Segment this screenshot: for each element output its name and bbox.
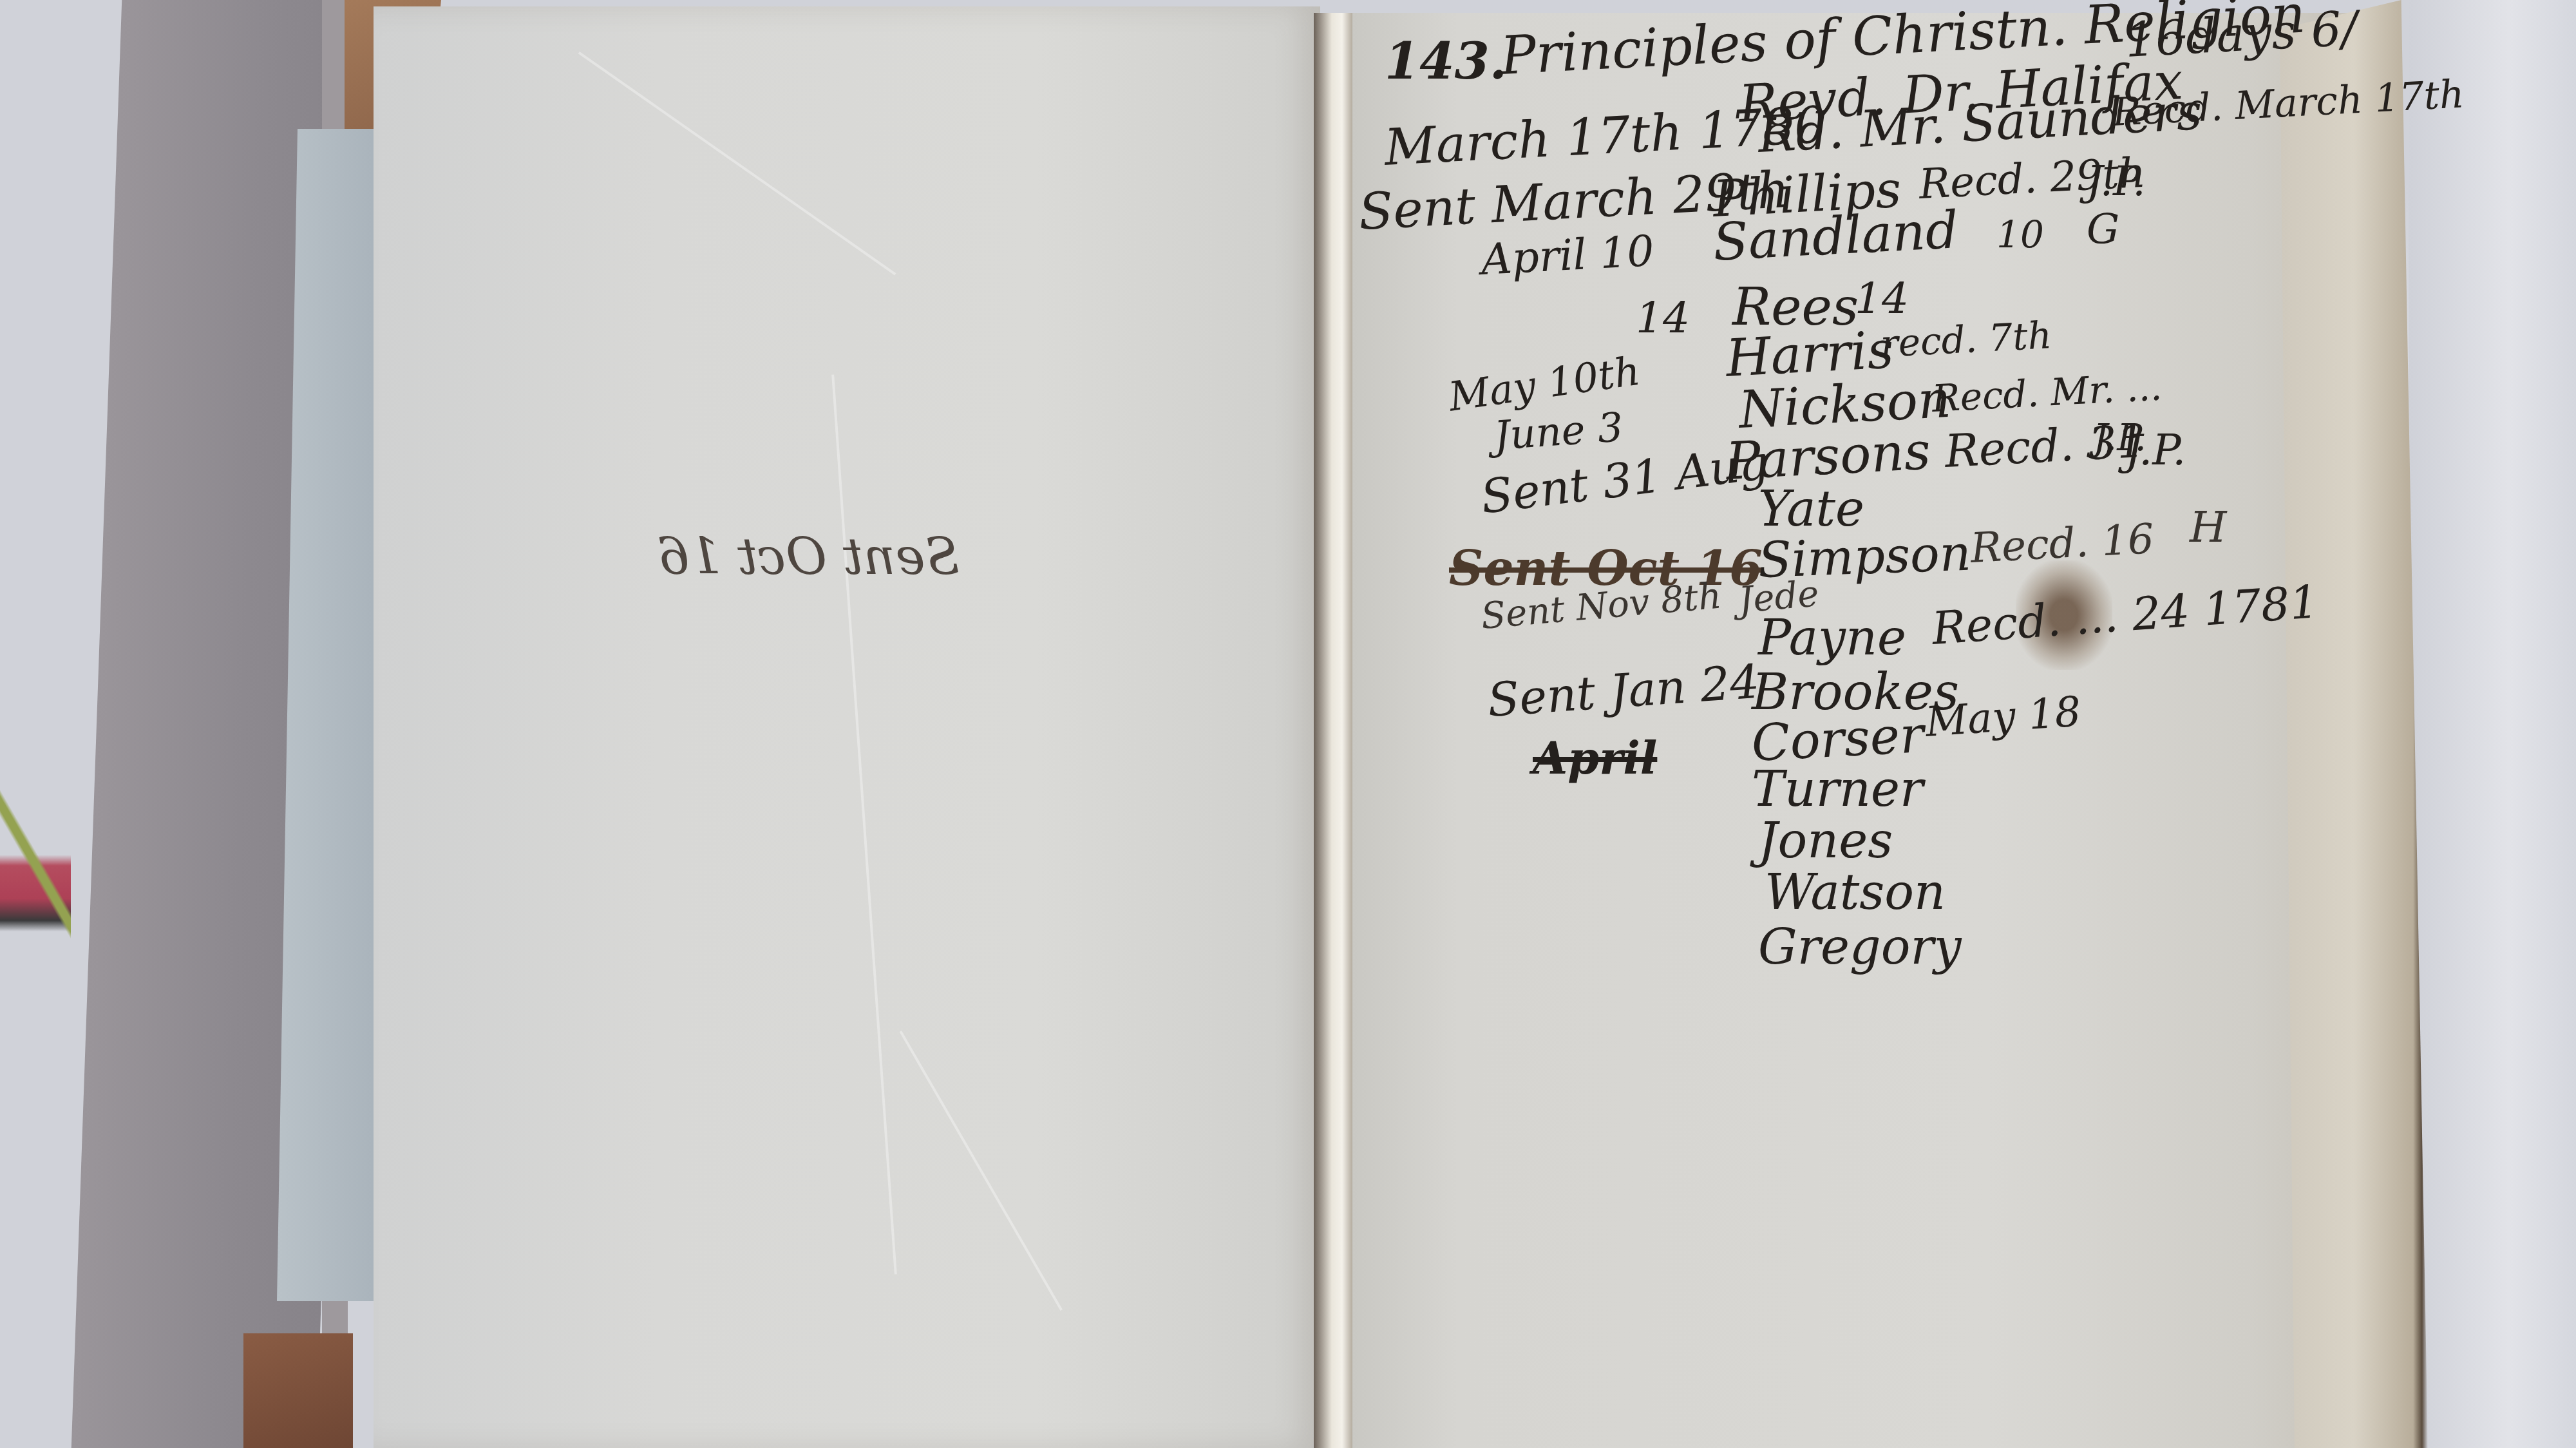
entry-name: Payne	[1758, 609, 1906, 666]
entry-date: April 10	[1480, 226, 1655, 285]
entry-initials: J.P.	[2087, 158, 2145, 205]
entry-name: Sandland	[1712, 200, 1960, 272]
entry-initials: G	[2087, 206, 2119, 254]
entry-initials: J.P.	[2125, 425, 2186, 475]
leather-corner-bottom	[243, 1333, 353, 1448]
entry-returned: 14	[1855, 274, 1909, 323]
entry-date: June 3	[1492, 403, 1624, 459]
item-number: 143.	[1385, 32, 1507, 91]
entry-name: Jones	[1758, 812, 1893, 869]
ink-offset-mirror: Sent Oct 16	[658, 528, 960, 586]
background-cloth-right	[2409, 0, 2576, 1448]
entry-returned: recd. 7th	[1879, 313, 2052, 366]
left-page	[374, 6, 1320, 1448]
entry-name: Turner	[1752, 760, 1923, 817]
entry-returned: 10	[1996, 213, 2044, 256]
entry-name: Gregory	[1758, 918, 1962, 975]
entry-initials: H	[2190, 502, 2227, 552]
entry-returned: Recd. 16	[1969, 515, 2155, 573]
entry-date-struck: April	[1533, 731, 1657, 785]
entry-returned: Recd. 31	[1944, 415, 2147, 478]
entry-date: 14	[1636, 293, 1690, 343]
entry-name: Watson	[1765, 863, 1946, 920]
floral-pattern	[0, 734, 71, 953]
